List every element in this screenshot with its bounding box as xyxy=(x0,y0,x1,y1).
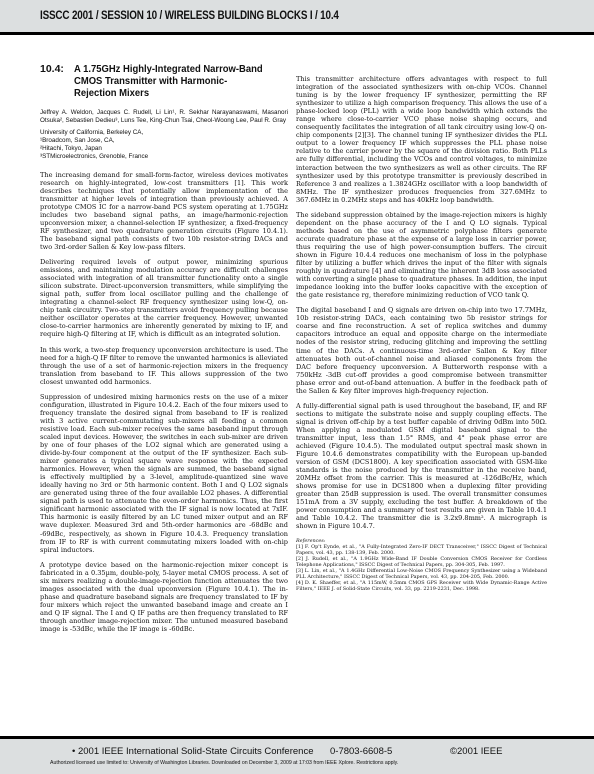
body-paragraph: The increasing demand for small-form-fac… xyxy=(40,171,288,251)
paper-title-block: 10.4: A 1.75GHz Highly-Integrated Narrow… xyxy=(40,63,288,99)
body-paragraph: The sideband suppression obtained by the… xyxy=(296,211,547,300)
left-body-text: The increasing demand for small-form-fac… xyxy=(40,171,288,634)
references: References: [1] F. Op't Eynde, et al., "… xyxy=(296,538,547,593)
page-footer: • 2001 IEEE International Solid-State Ci… xyxy=(0,739,594,774)
affiliations: University of California, Berkeley CA, ¹… xyxy=(40,129,288,161)
reference-item: [4] D. K. Shaeffer, et al., "A 115mW, 0.… xyxy=(296,580,547,592)
paper-title: A 1.75GHz Highly-Integrated Narrow-Band … xyxy=(74,63,267,99)
reference-item: [3] L. Lin, et al., "A 1.4GHz Differenti… xyxy=(296,568,547,580)
running-title: ISSCC 2001 / SESSION 10 / WIRELESS BUILD… xyxy=(40,10,339,22)
right-column: This transmitter architecture offers adv… xyxy=(296,75,547,592)
body-paragraph: In this work, a two-step frequency upcon… xyxy=(40,346,288,386)
running-header: ISSCC 2001 / SESSION 10 / WIRELESS BUILD… xyxy=(0,0,594,32)
copyright: ©2001 IEEE xyxy=(450,746,502,757)
conference-name: • 2001 IEEE International Solid-State Ci… xyxy=(72,746,314,757)
left-column: 10.4: A 1.75GHz Highly-Integrated Narrow… xyxy=(40,55,288,640)
reference-item: [2] J. Rudell, et al., "A 1.9GHz Wide-Ba… xyxy=(296,556,547,568)
body-paragraph: Suppression of undesired mixing harmonic… xyxy=(40,393,288,554)
affiliation: ²Hitachi, Tokyo, Japan xyxy=(40,145,288,153)
affiliation: ³STMicroelectronics, Grenoble, France xyxy=(40,153,288,161)
author-list: Jeffrey A. Weldon, Jacques C. Rudell, Li… xyxy=(40,109,288,125)
body-paragraph: A fully-differential signal path is used… xyxy=(296,402,547,531)
license-notice: Authorized licensed use limited to: Univ… xyxy=(50,760,398,766)
isbn: 0-7803-6608-5 xyxy=(330,746,392,757)
body-paragraph: Delivering required levels of output pow… xyxy=(40,258,288,338)
body-paragraph: The digital baseband I and Q signals are… xyxy=(296,306,547,395)
affiliation: ¹Broadcom, San Jose, CA, xyxy=(40,137,288,145)
body-paragraph: A prototype device based on the harmonic… xyxy=(40,561,288,633)
affiliation: University of California, Berkeley CA, xyxy=(40,129,288,137)
body-paragraph: This transmitter architecture offers adv… xyxy=(296,75,547,204)
section-number: 10.4: xyxy=(40,63,74,99)
reference-item: [1] F. Op't Eynde, et al., "A Fully-Inte… xyxy=(296,544,547,556)
